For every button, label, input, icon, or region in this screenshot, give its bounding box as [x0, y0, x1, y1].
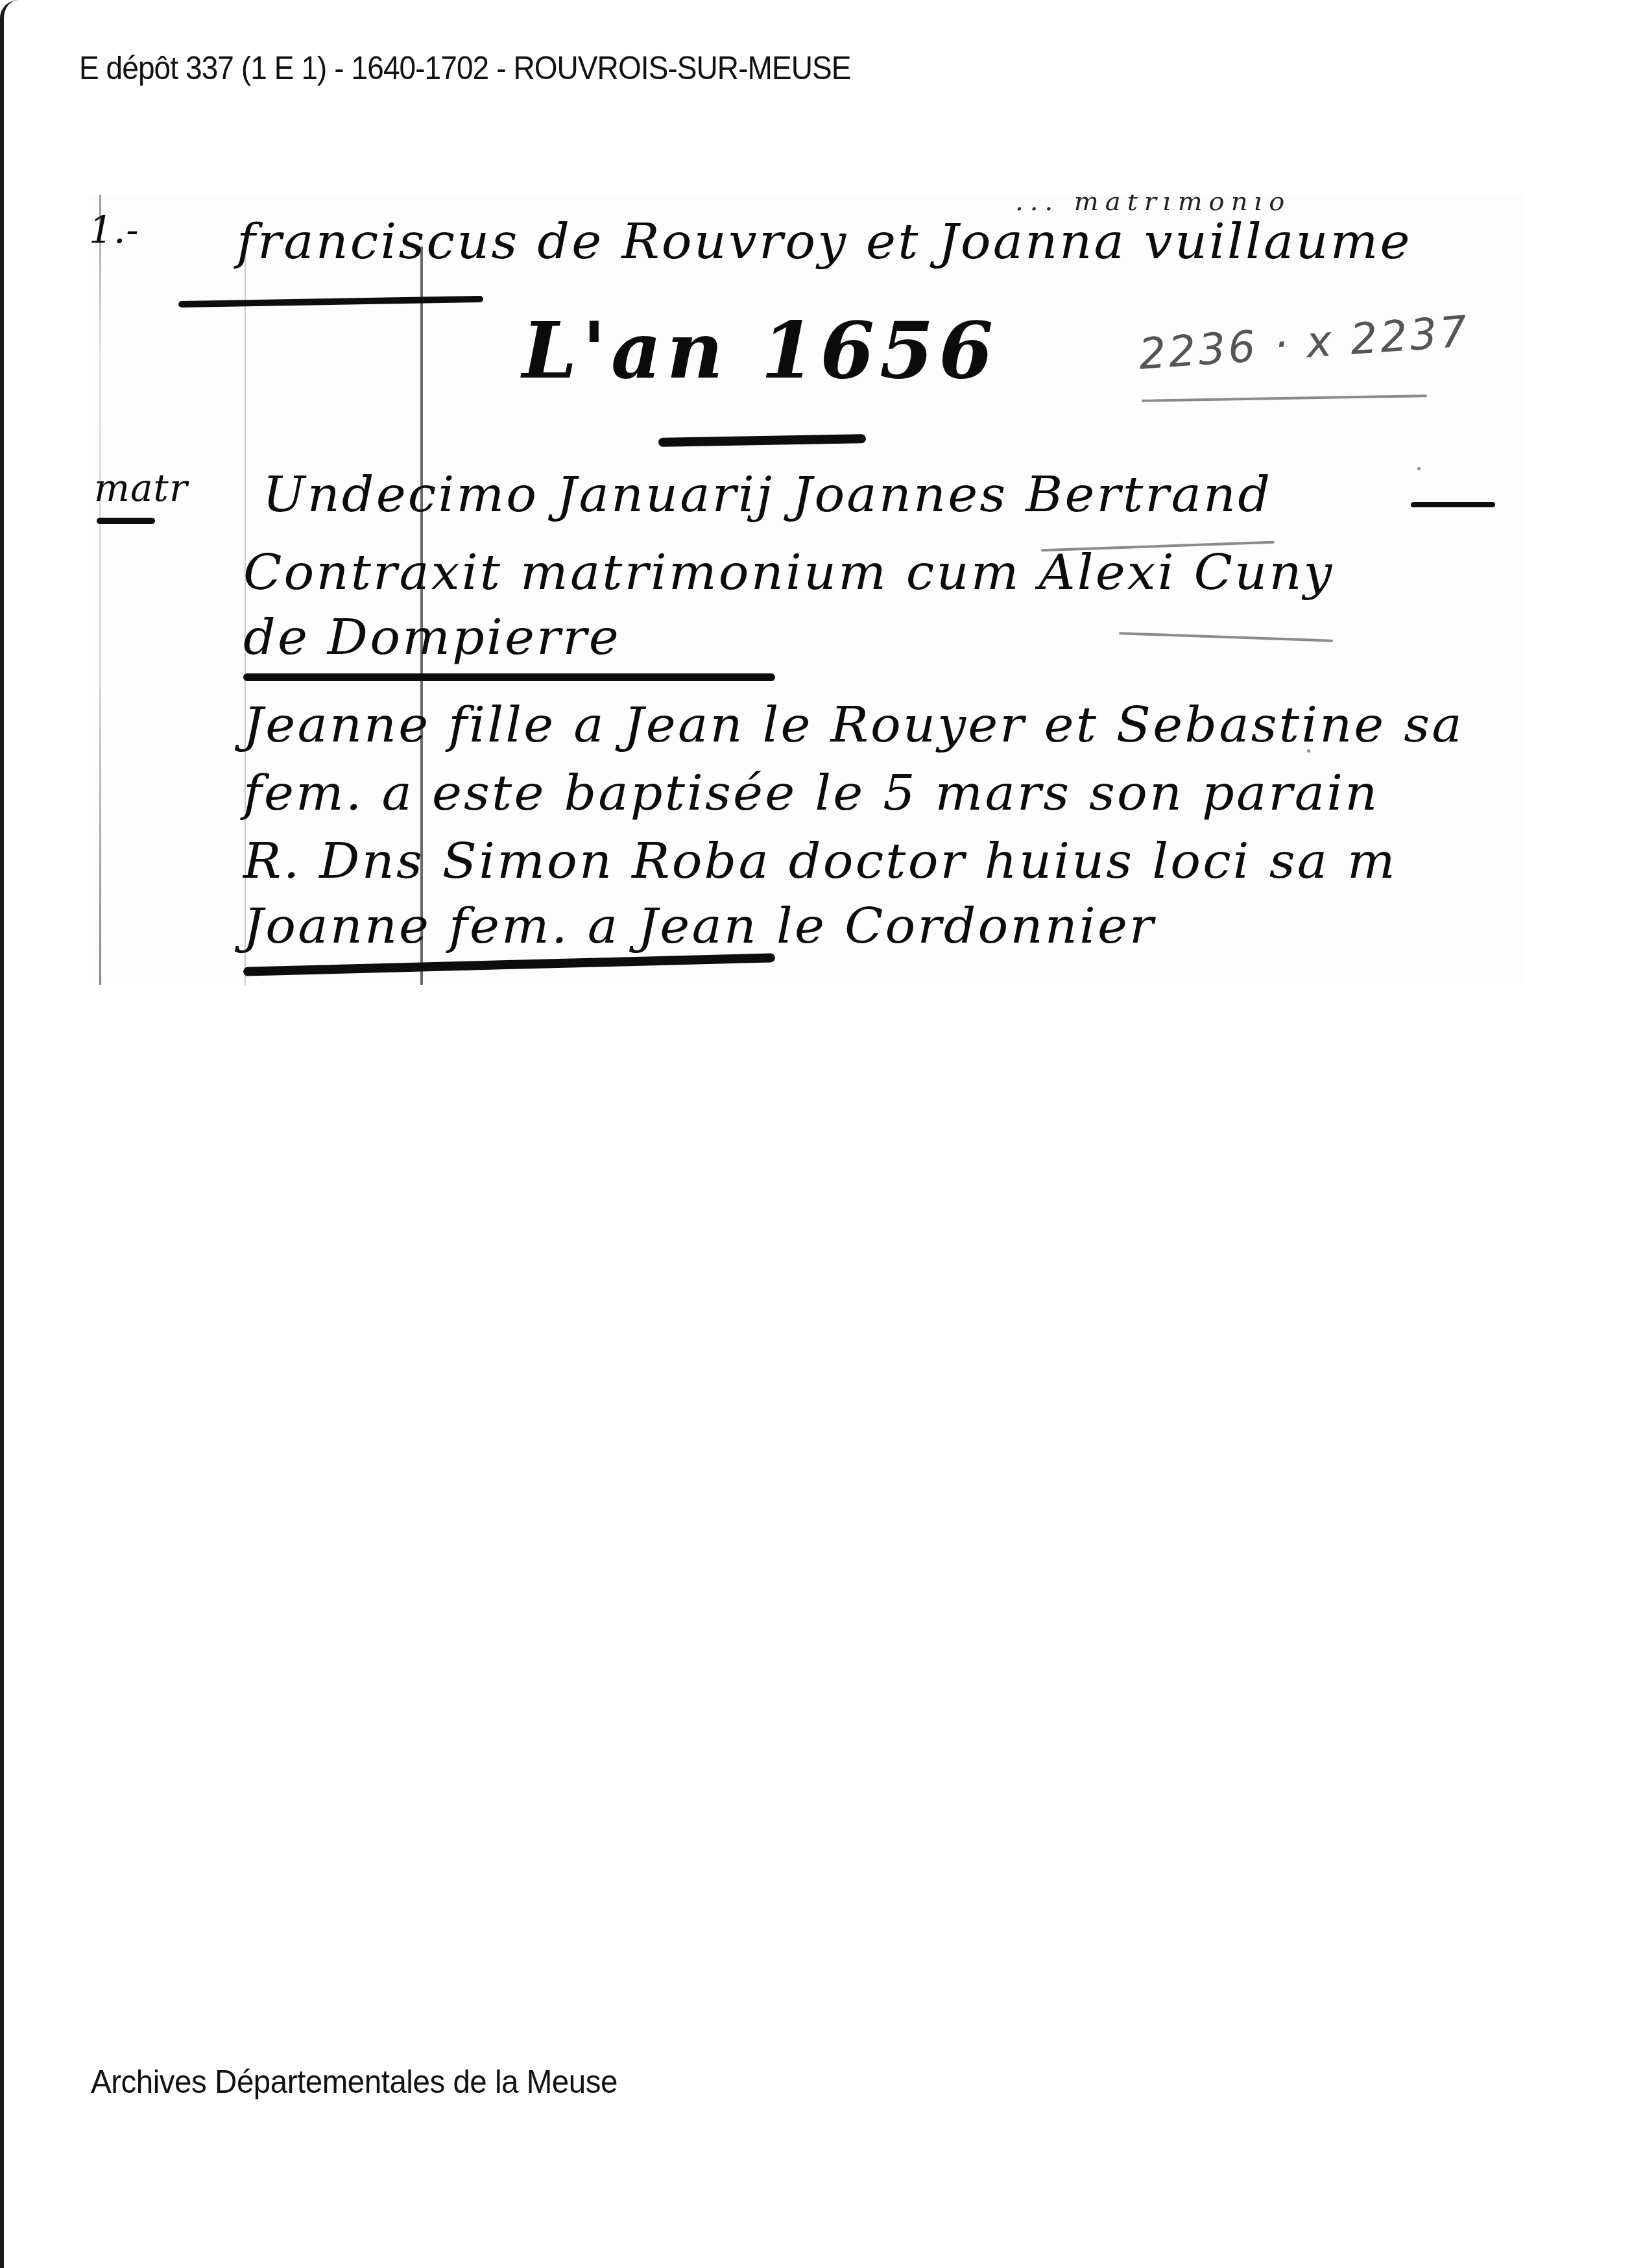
scan-speck: [1417, 467, 1421, 470]
year-heading: L'an 1656: [522, 305, 998, 396]
scan-speck: [1307, 749, 1310, 753]
scan-left-rule: [99, 195, 101, 985]
margin-note-matr: matr: [94, 466, 188, 510]
manuscript-line-6: fem. a este baptisée le 5 mars son parai…: [243, 766, 1379, 821]
margin-mark: 1.-: [89, 208, 139, 252]
manuscript-line-1: franciscus de Rouvroy et Joanna vuillaum…: [237, 214, 1412, 270]
document-reference-title: E dépôt 337 (1 E 1) - 1640-1702 - ROUVRO…: [79, 49, 851, 87]
pencil-underline: [1142, 394, 1427, 402]
manuscript-scan: ... matrimonio 1.- franciscus de Rouvroy…: [88, 195, 1524, 985]
manuscript-line-7: R. Dns Simon Roba doctor huius loci sa m: [243, 834, 1397, 889]
pencil-underline-4: [1119, 632, 1333, 642]
ink-separator-1: [243, 673, 775, 681]
pencil-annotation: 2236 · x 2237: [1137, 306, 1471, 379]
manuscript-line-4: de Dompierre: [243, 610, 621, 666]
ink-underline-matr: [97, 518, 155, 524]
cutoff-text-bottom: ...: [321, 970, 365, 985]
cutoff-text-top: ... matrimonio: [1015, 195, 1291, 217]
scan-edge-border: [0, 19, 4, 2268]
ink-underline-1: [178, 296, 483, 308]
archive-page: E dépôt 337 (1 E 1) - 1640-1702 - ROUVRO…: [0, 0, 1632, 2268]
manuscript-line-8: Joanne fem. a Jean le Cordonnier: [243, 899, 1155, 954]
institution-footer: Archives Départementales de la Meuse: [91, 2063, 618, 2101]
manuscript-line-5: Jeanne fille a Jean le Rouyer et Sebasti…: [243, 697, 1464, 753]
ink-underline-year: [658, 434, 866, 447]
ink-dash-line-2: [1411, 502, 1495, 507]
manuscript-line-2: Undecimo Januarij Joannes Bertrand: [263, 467, 1272, 523]
manuscript-line-3: Contraxit matrimonium cum Alexi Cuny: [243, 545, 1334, 601]
